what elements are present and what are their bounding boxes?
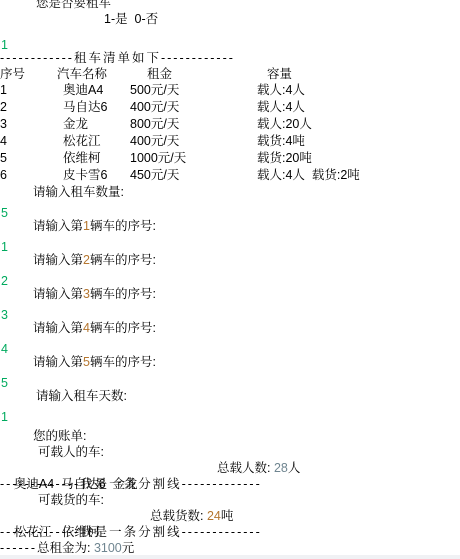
car-name: 松花江 — [57, 133, 130, 150]
car-name: 金龙 — [57, 116, 130, 133]
car-prompt-line-2: 请输入第2辆车的序号: — [0, 252, 460, 268]
cargo-total: 总载货数: 24吨 — [150, 508, 233, 524]
car-name: 依维柯 — [57, 150, 130, 167]
car-prompt-line-4: 请输入第4辆车的序号: — [0, 320, 460, 336]
car-capacity: 载人:20人 — [257, 116, 460, 133]
car-table-row: 6 皮卡雪6 450元/天 载人:4人 载货:2吨 — [0, 167, 460, 184]
car-capacity: 载人:4人 — [257, 99, 460, 116]
car-list-title-line: ------------租车清单如下------------ — [0, 50, 460, 66]
car-price: 800元/天 — [130, 116, 257, 133]
header-price: 租金 — [130, 66, 257, 82]
header-name: 汽车名称 — [57, 66, 130, 82]
car-id: 5 — [0, 150, 57, 167]
cargo-total-count: 24 — [207, 509, 221, 523]
car-price: 450元/天 — [130, 167, 257, 184]
total-rent-line: ------总租金为: 3100元 — [0, 540, 460, 556]
car-price: 500元/天 — [130, 82, 257, 99]
people-total-count: 28 — [274, 461, 288, 475]
prompt-index: 5 — [83, 355, 90, 369]
car-table-row: 1 奥迪A4 500元/天 载人:4人 — [0, 82, 460, 99]
cargo-section-title: 可载货的车: — [0, 492, 460, 508]
people-section-title: 可载人的车: — [0, 444, 460, 460]
car-table-row: 5 依维柯 1000元/天 载货:20吨 — [0, 150, 460, 167]
car-table-row: 3 金龙 800元/天 载人:20人 — [0, 116, 460, 133]
window-bottom-edge — [0, 555, 460, 559]
days-input-echo: 1 — [0, 409, 460, 425]
prompt-index: 3 — [83, 287, 90, 301]
cargo-cars-line: 松花江 依维柯 总载货数: 24吨 — [0, 508, 460, 524]
total-rent-value: 3100 — [94, 541, 122, 555]
console-output: 您是否要租车 1-是 0-否 1 ------------租车清单如下-----… — [0, 0, 460, 559]
prompt-index: 4 — [83, 321, 90, 335]
days-prompt-line: 请输入租车天数: — [0, 388, 460, 404]
people-total: 总载人数: 28人 — [217, 460, 300, 476]
car-prompt-line-1: 请输入第1辆车的序号: — [0, 218, 460, 234]
header-id: 序号 — [0, 66, 57, 82]
car-table-row: 4 松花江 400元/天 载货:4吨 — [0, 133, 460, 150]
prompt-index: 2 — [83, 253, 90, 267]
car-prompt-line-3: 请输入第3辆车的序号: — [0, 286, 460, 302]
car-id: 2 — [0, 99, 57, 116]
car-name: 奥迪A4 — [57, 82, 130, 99]
header-capacity: 容量 — [257, 66, 460, 82]
people-car-names: 奥迪A4 马自达6 金龙 — [14, 477, 138, 491]
bill-title-line: 您的账单: — [0, 428, 460, 444]
prompt-index: 1 — [83, 219, 90, 233]
car-capacity: 载人:4人 — [257, 82, 460, 99]
car-capacity: 载货:4吨 — [257, 133, 460, 150]
cargo-car-names: 松花江 依维柯 — [14, 525, 99, 539]
car-capacity: 载人:4人 载货:2吨 — [257, 167, 460, 184]
car-id: 1 — [0, 82, 57, 99]
car-name: 皮卡雪6 — [57, 167, 130, 184]
car-price: 400元/天 — [130, 99, 257, 116]
car-table-header: 序号 汽车名称 租金 容量 — [0, 66, 460, 82]
people-cars-line: 奥迪A4 马自达6 金龙 总载人数: 28人 — [0, 460, 460, 476]
car-id: 3 — [0, 116, 57, 133]
car-id: 6 — [0, 167, 57, 184]
quantity-prompt-line: 请输入租车数量: — [0, 184, 460, 200]
car-id: 4 — [0, 133, 57, 150]
car-price: 400元/天 — [130, 133, 257, 150]
car-name: 马自达6 — [57, 99, 130, 116]
car-prompt-line-5: 请输入第5辆车的序号: — [0, 354, 460, 370]
rent-options-line: 1-是 0-否 — [0, 11, 460, 27]
car-price: 1000元/天 — [130, 150, 257, 167]
rent-question-line: 您是否要租车 — [0, 0, 460, 11]
car-table-row: 2 马自达6 400元/天 载人:4人 — [0, 99, 460, 116]
car-capacity: 载货:20吨 — [257, 150, 460, 167]
